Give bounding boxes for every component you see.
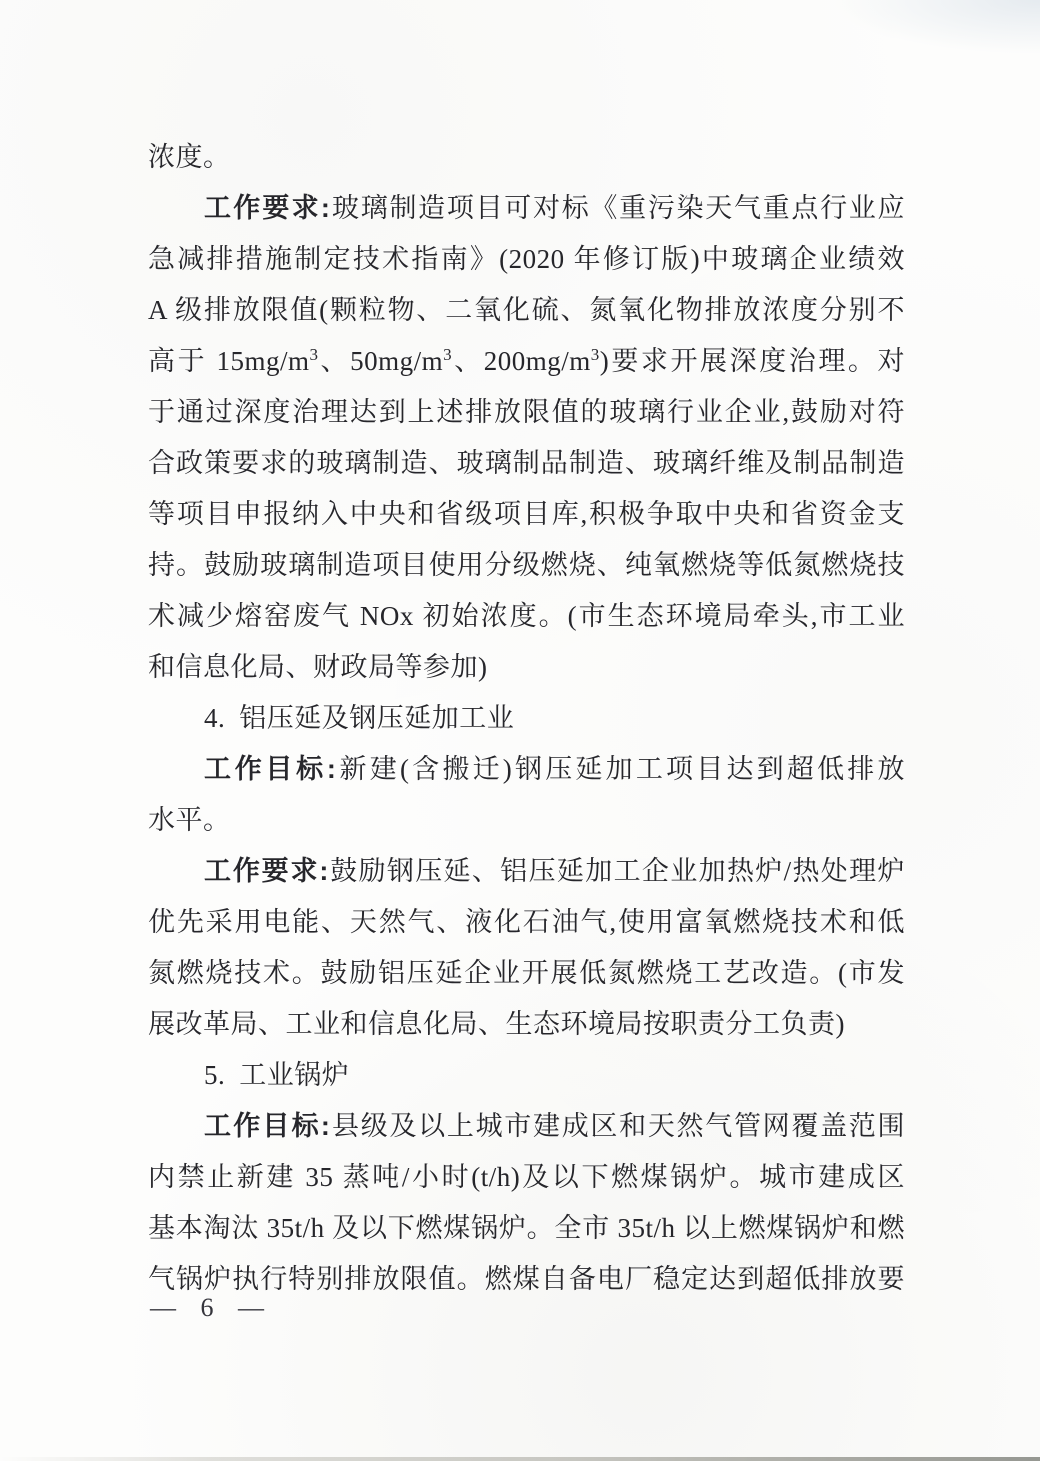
bold-label: 工作目标:: [204, 1111, 331, 1141]
text-line: 持。鼓励玻璃制造项目使用分级燃烧、纯氧燃烧等低氮燃烧技: [148, 540, 905, 591]
text-segment: 县级及以上城市建成区和天然气管网覆盖范围: [331, 1111, 905, 1141]
text-line: 等项目申报纳入中央和省级项目库,积极争取中央和省资金支: [148, 489, 905, 540]
text-line: 工作要求:玻璃制造项目可对标《重污染天气重点行业应: [148, 183, 905, 234]
text-segment: 氮燃烧技术。鼓励铝压延企业开展低氮燃烧工艺改造。(市发: [148, 958, 905, 988]
text-segment: 高于 15mg/m: [148, 346, 309, 376]
text-segment: 展改革局、工业和信息化局、生态环境局按职责分工负责): [148, 1009, 845, 1039]
text-line: 内禁止新建 35 蒸吨/小时(t/h)及以下燃煤锅炉。城市建成区: [148, 1152, 905, 1203]
text-segment: 持。鼓励玻璃制造项目使用分级燃烧、纯氧燃烧等低氮燃烧技: [148, 550, 905, 580]
text-segment: 等项目申报纳入中央和省级项目库,积极争取中央和省资金支: [148, 499, 905, 529]
text-line: 水平。: [148, 795, 905, 846]
text-segment: 浓度。: [148, 142, 231, 172]
text-segment: 玻璃制造项目可对标《重污染天气重点行业应: [331, 193, 905, 223]
text-line: 氮燃烧技术。鼓励铝压延企业开展低氮燃烧工艺改造。(市发: [148, 948, 905, 999]
bold-label: 工作要求:: [204, 193, 331, 223]
text-line: 高于 15mg/m3、50mg/m3、200mg/m3)要求开展深度治理。对: [148, 336, 905, 387]
text-segment: 术减少熔窑废气 NOx 初始浓度。(市生态环境局牵头,市工业: [148, 601, 905, 631]
text-line: 基本淘汰 35t/h 及以下燃煤锅炉。全市 35t/h 以上燃煤锅炉和燃: [148, 1203, 905, 1254]
text-line: 合政策要求的玻璃制造、玻璃制品制造、玻璃纤维及制品制造: [148, 438, 905, 489]
text-segment: 基本淘汰 35t/h 及以下燃煤锅炉。全市 35t/h 以上燃煤锅炉和燃: [148, 1213, 905, 1243]
text-segment: 新建(含搬迁)钢压延加工项目达到超低排放: [337, 754, 905, 784]
text-segment: 、200mg/m: [452, 346, 591, 376]
text-segment: 4. 铝压延及钢压延加工业: [204, 703, 514, 733]
document-page: 浓度。工作要求:玻璃制造项目可对标《重污染天气重点行业应急减排措施制定技术指南》…: [0, 0, 1040, 1461]
text-line: 和信息化局、财政局等参加): [148, 642, 905, 693]
text-segment: 和信息化局、财政局等参加): [148, 652, 488, 682]
text-line: A 级排放限值(颗粒物、二氧化硫、氮氧化物排放浓度分别不: [148, 285, 905, 336]
bold-label: 工作要求:: [204, 856, 329, 886]
text-segment: 优先采用电能、天然气、液化石油气,使用富氧燃烧技术和低: [148, 907, 905, 937]
scan-corner-tint: [830, 0, 1040, 55]
text-segment: 水平。: [148, 805, 231, 835]
text-line: 5. 工业锅炉: [148, 1050, 905, 1101]
text-segment: 鼓励钢压延、铝压延加工企业加热炉/热处理炉: [329, 856, 905, 886]
text-line: 4. 铝压延及钢压延加工业: [148, 693, 905, 744]
text-segment: 5. 工业锅炉: [204, 1060, 349, 1090]
page-number: — 6 —: [150, 1288, 273, 1328]
text-line: 急减排措施制定技术指南》(2020 年修订版)中玻璃企业绩效: [148, 234, 905, 285]
text-line: 工作目标:县级及以上城市建成区和天然气管网覆盖范围: [148, 1101, 905, 1152]
text-segment: A 级排放限值(颗粒物、二氧化硫、氮氧化物排放浓度分别不: [148, 295, 905, 325]
bold-label: 工作目标:: [204, 754, 337, 784]
text-line: 工作目标:新建(含搬迁)钢压延加工项目达到超低排放: [148, 744, 905, 795]
document-body: 浓度。工作要求:玻璃制造项目可对标《重污染天气重点行业应急减排措施制定技术指南》…: [148, 132, 905, 1305]
text-line: 于通过深度治理达到上述排放限值的玻璃行业企业,鼓励对符: [148, 387, 905, 438]
text-line: 术减少熔窑废气 NOx 初始浓度。(市生态环境局牵头,市工业: [148, 591, 905, 642]
text-line: 优先采用电能、天然气、液化石油气,使用富氧燃烧技术和低: [148, 897, 905, 948]
text-segment: 于通过深度治理达到上述排放限值的玻璃行业企业,鼓励对符: [148, 397, 905, 427]
scan-bottom-edge: [0, 1457, 1040, 1461]
text-segment: 合政策要求的玻璃制造、玻璃制品制造、玻璃纤维及制品制造: [148, 448, 905, 478]
superscript: 3: [591, 345, 600, 364]
superscript: 3: [443, 345, 452, 364]
text-segment: 内禁止新建 35 蒸吨/小时(t/h)及以下燃煤锅炉。城市建成区: [148, 1162, 905, 1192]
text-segment: 、50mg/m: [318, 346, 443, 376]
text-line: 工作要求:鼓励钢压延、铝压延加工企业加热炉/热处理炉: [148, 846, 905, 897]
text-segment: )要求开展深度治理。对: [600, 346, 905, 376]
text-line: 展改革局、工业和信息化局、生态环境局按职责分工负责): [148, 999, 905, 1050]
text-segment: 急减排措施制定技术指南》(2020 年修订版)中玻璃企业绩效: [148, 244, 905, 274]
text-line: 浓度。: [148, 132, 905, 183]
